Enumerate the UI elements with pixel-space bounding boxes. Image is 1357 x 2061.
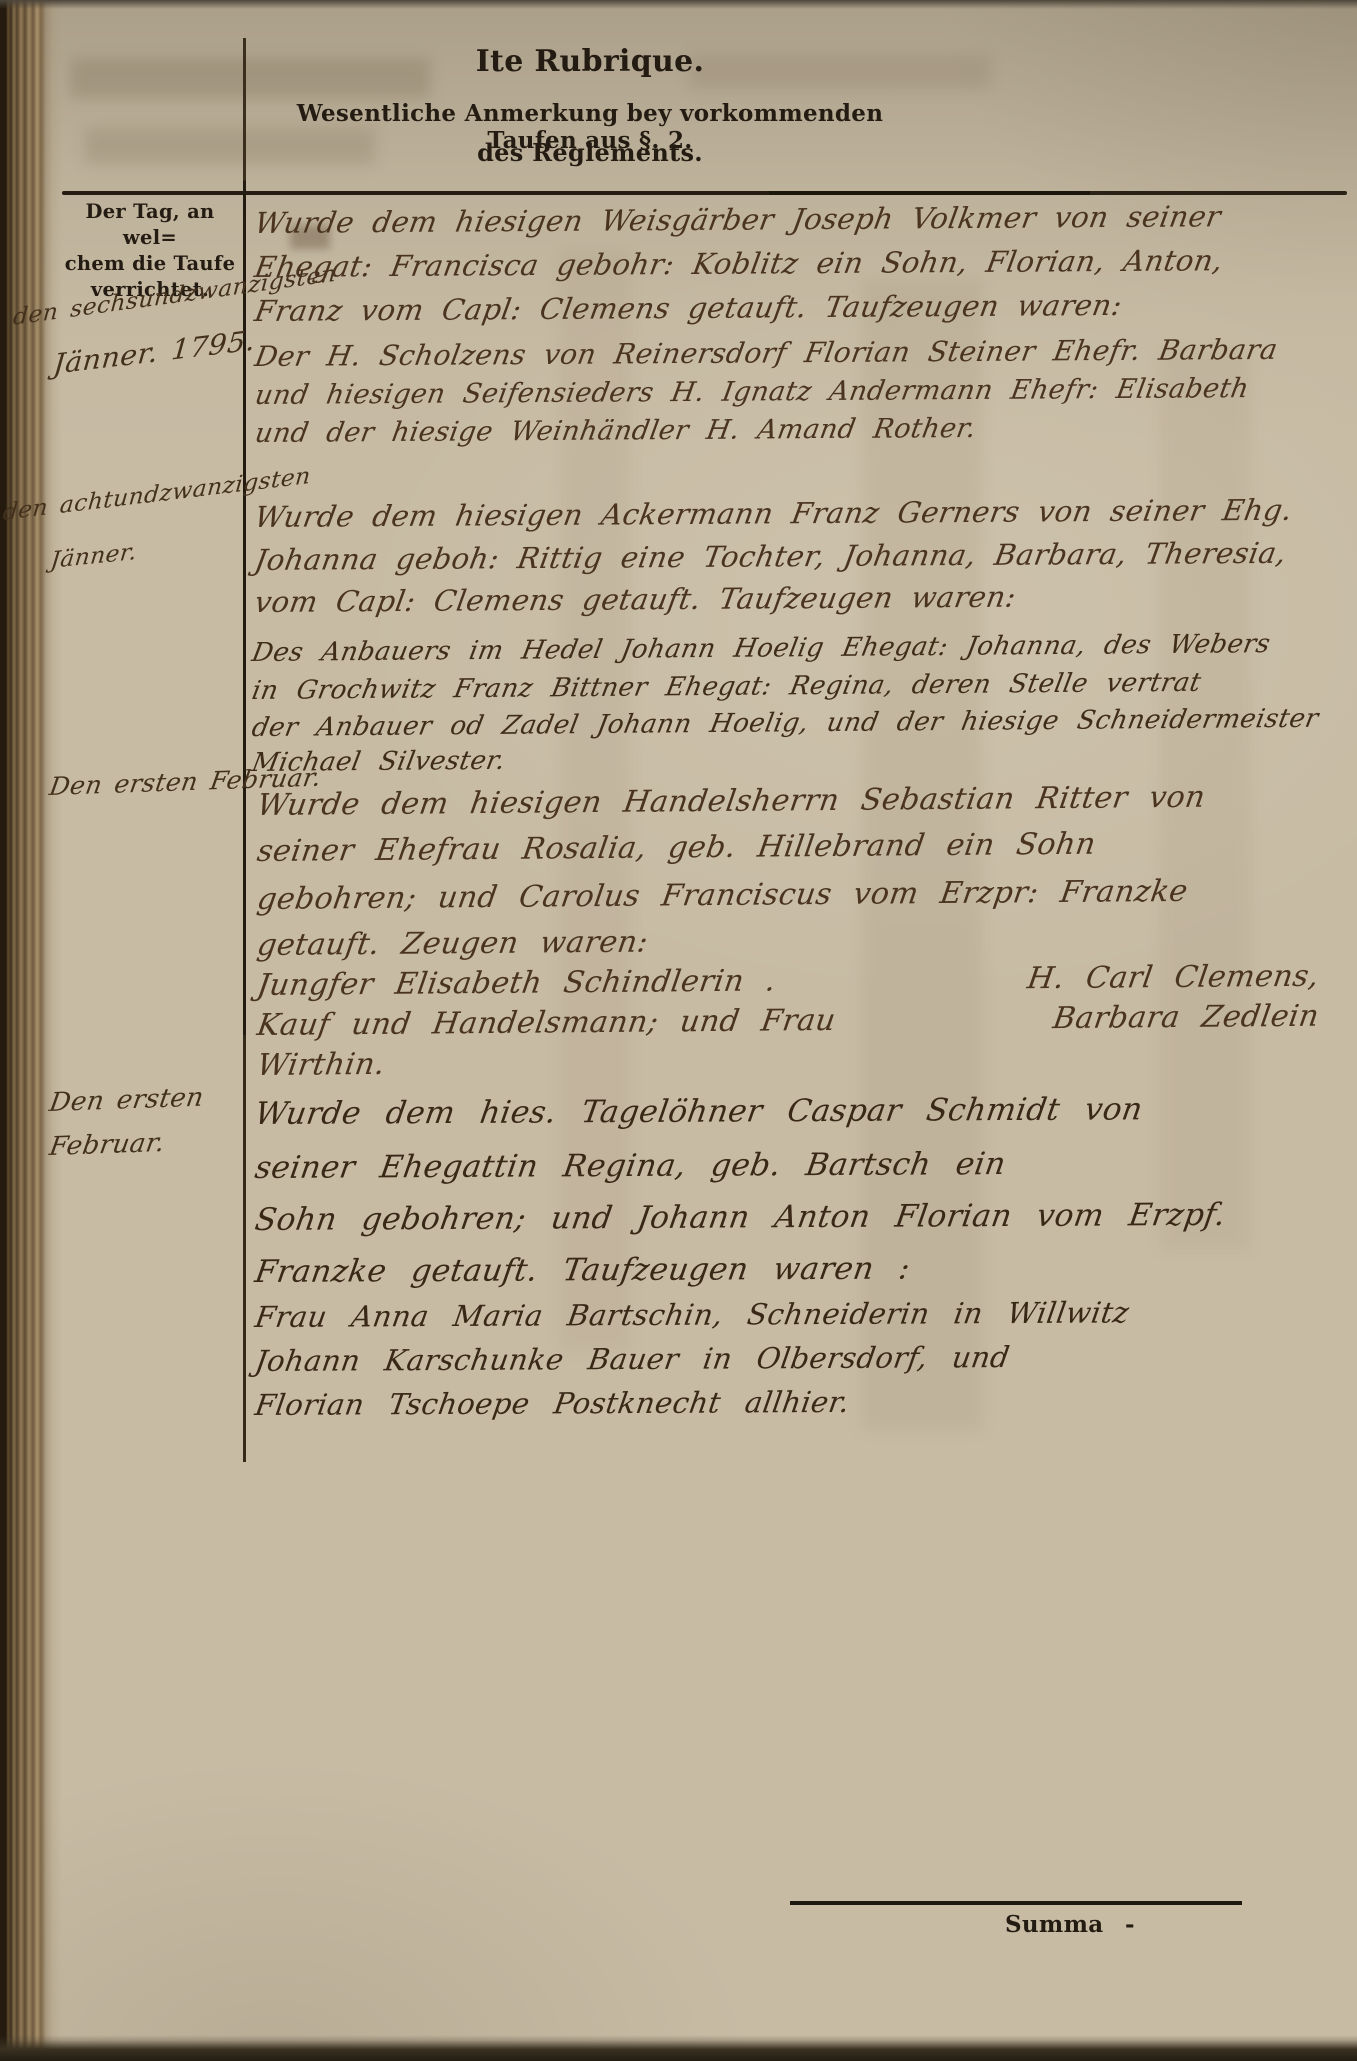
- page-top-edge-shadow: [0, 0, 1357, 9]
- record-1-date-line2: Jänner. 1795.: [52, 324, 257, 381]
- record-2-line: vom Capl: Clemens getauft. Taufzeugen wa…: [252, 580, 1019, 619]
- record-3-witness-right: H. Carl Clemens,: [1025, 959, 1321, 997]
- record-2-line: Johanna geboh: Rittig eine Tochter, Joha…: [252, 536, 1289, 577]
- record-3-witness-right: Barbara Zedlein: [1051, 999, 1322, 1036]
- record-2-date-line2: Jänner.: [49, 539, 138, 574]
- record-1-line: Franz vom Capl: Clemens getauft. Taufzeu…: [252, 288, 1124, 328]
- record-3-witness-row: Kauf und Handelsmann; und Frau Barbara Z…: [255, 999, 1322, 1043]
- record-4-line: Sohn gebohren; und Johann Anton Florian …: [252, 1197, 1228, 1238]
- table-header-rule: [62, 191, 1347, 195]
- record-1-line: Der H. Scholzens von Reinersdorf Florian…: [252, 333, 1280, 373]
- record-3-line: getauft. Zeugen waren:: [255, 925, 651, 963]
- record-2-witness-line: Des Anbauers im Hedel Johann Hoelig Eheg…: [249, 629, 1272, 668]
- register-page: Ite Rubrique. Wesentliche Anmerkung bey …: [0, 0, 1357, 2061]
- record-1-line: Ehegat: Francisca gebohr: Koblitz ein So…: [252, 243, 1226, 284]
- rubric-subtitle-line2: des Reglements.: [250, 138, 930, 167]
- page-bottom-edge-shadow: [0, 2035, 1357, 2061]
- record-3-line: gebohren; und Carolus Franciscus vom Erz…: [255, 874, 1191, 917]
- record-3-witness-left: Kauf und Handelsmann; und Frau: [255, 1003, 838, 1043]
- date-column-header-line2: chem die Taufe: [58, 251, 242, 277]
- rubric-title: Ite Rubrique.: [250, 44, 930, 79]
- summa-rule: [790, 1901, 1242, 1905]
- record-2-witness-line: der Anbauer od Zadel Johann Hoelig, und …: [249, 704, 1321, 743]
- record-3-witness-left: Jungfer Elisabeth Schindlerin .: [255, 963, 779, 1003]
- record-4-line: Wurde dem hies. Tagelöhner Caspar Schmid…: [252, 1091, 1145, 1132]
- record-3-line: seiner Ehefrau Rosalia, geb. Hillebrand …: [255, 827, 1098, 869]
- record-2-witness-line: in Grochwitz Franz Bittner Ehegat: Regin…: [249, 668, 1203, 706]
- record-3-line: Wurde dem hiesigen Handelsherrn Sebastia…: [255, 780, 1208, 823]
- record-4-line: seiner Ehegattin Regina, geb. Bartsch ei…: [252, 1146, 1008, 1186]
- record-4-line: Franzke getauft. Taufzeugen waren :: [252, 1251, 912, 1290]
- record-1-line: Wurde dem hiesigen Weisgärber Joseph Vol…: [252, 199, 1223, 240]
- summa-label: Summa: [1005, 1911, 1103, 1938]
- record-1-line: und hiesigen Seifensieders H. Ignatz And…: [253, 373, 1252, 411]
- record-3-witness-row: Jungfer Elisabeth Schindlerin . H. Carl …: [255, 959, 1322, 1003]
- summa-dash: -: [1125, 1911, 1135, 1938]
- record-4-line: Johann Karschunke Bauer in Olbersdorf, u…: [253, 1340, 1012, 1378]
- record-4-line: Florian Tschoepe Postknecht allhier.: [253, 1385, 852, 1422]
- record-4-line: Frau Anna Maria Bartschin, Schneiderin i…: [253, 1295, 1132, 1334]
- record-4-date-line1: Den ersten: [47, 1083, 206, 1118]
- record-3-witness-line: Wirthin.: [255, 1047, 388, 1083]
- record-4-date-line2: Februar.: [47, 1128, 167, 1162]
- date-column-header-line1: Der Tag, an wel=: [58, 199, 242, 251]
- column-divider-rule: [243, 38, 246, 1462]
- record-1-line: und der hiesige Weinhändler H. Amand Rot…: [253, 413, 979, 449]
- record-2-line: Wurde dem hiesigen Ackermann Franz Gerne…: [252, 493, 1295, 534]
